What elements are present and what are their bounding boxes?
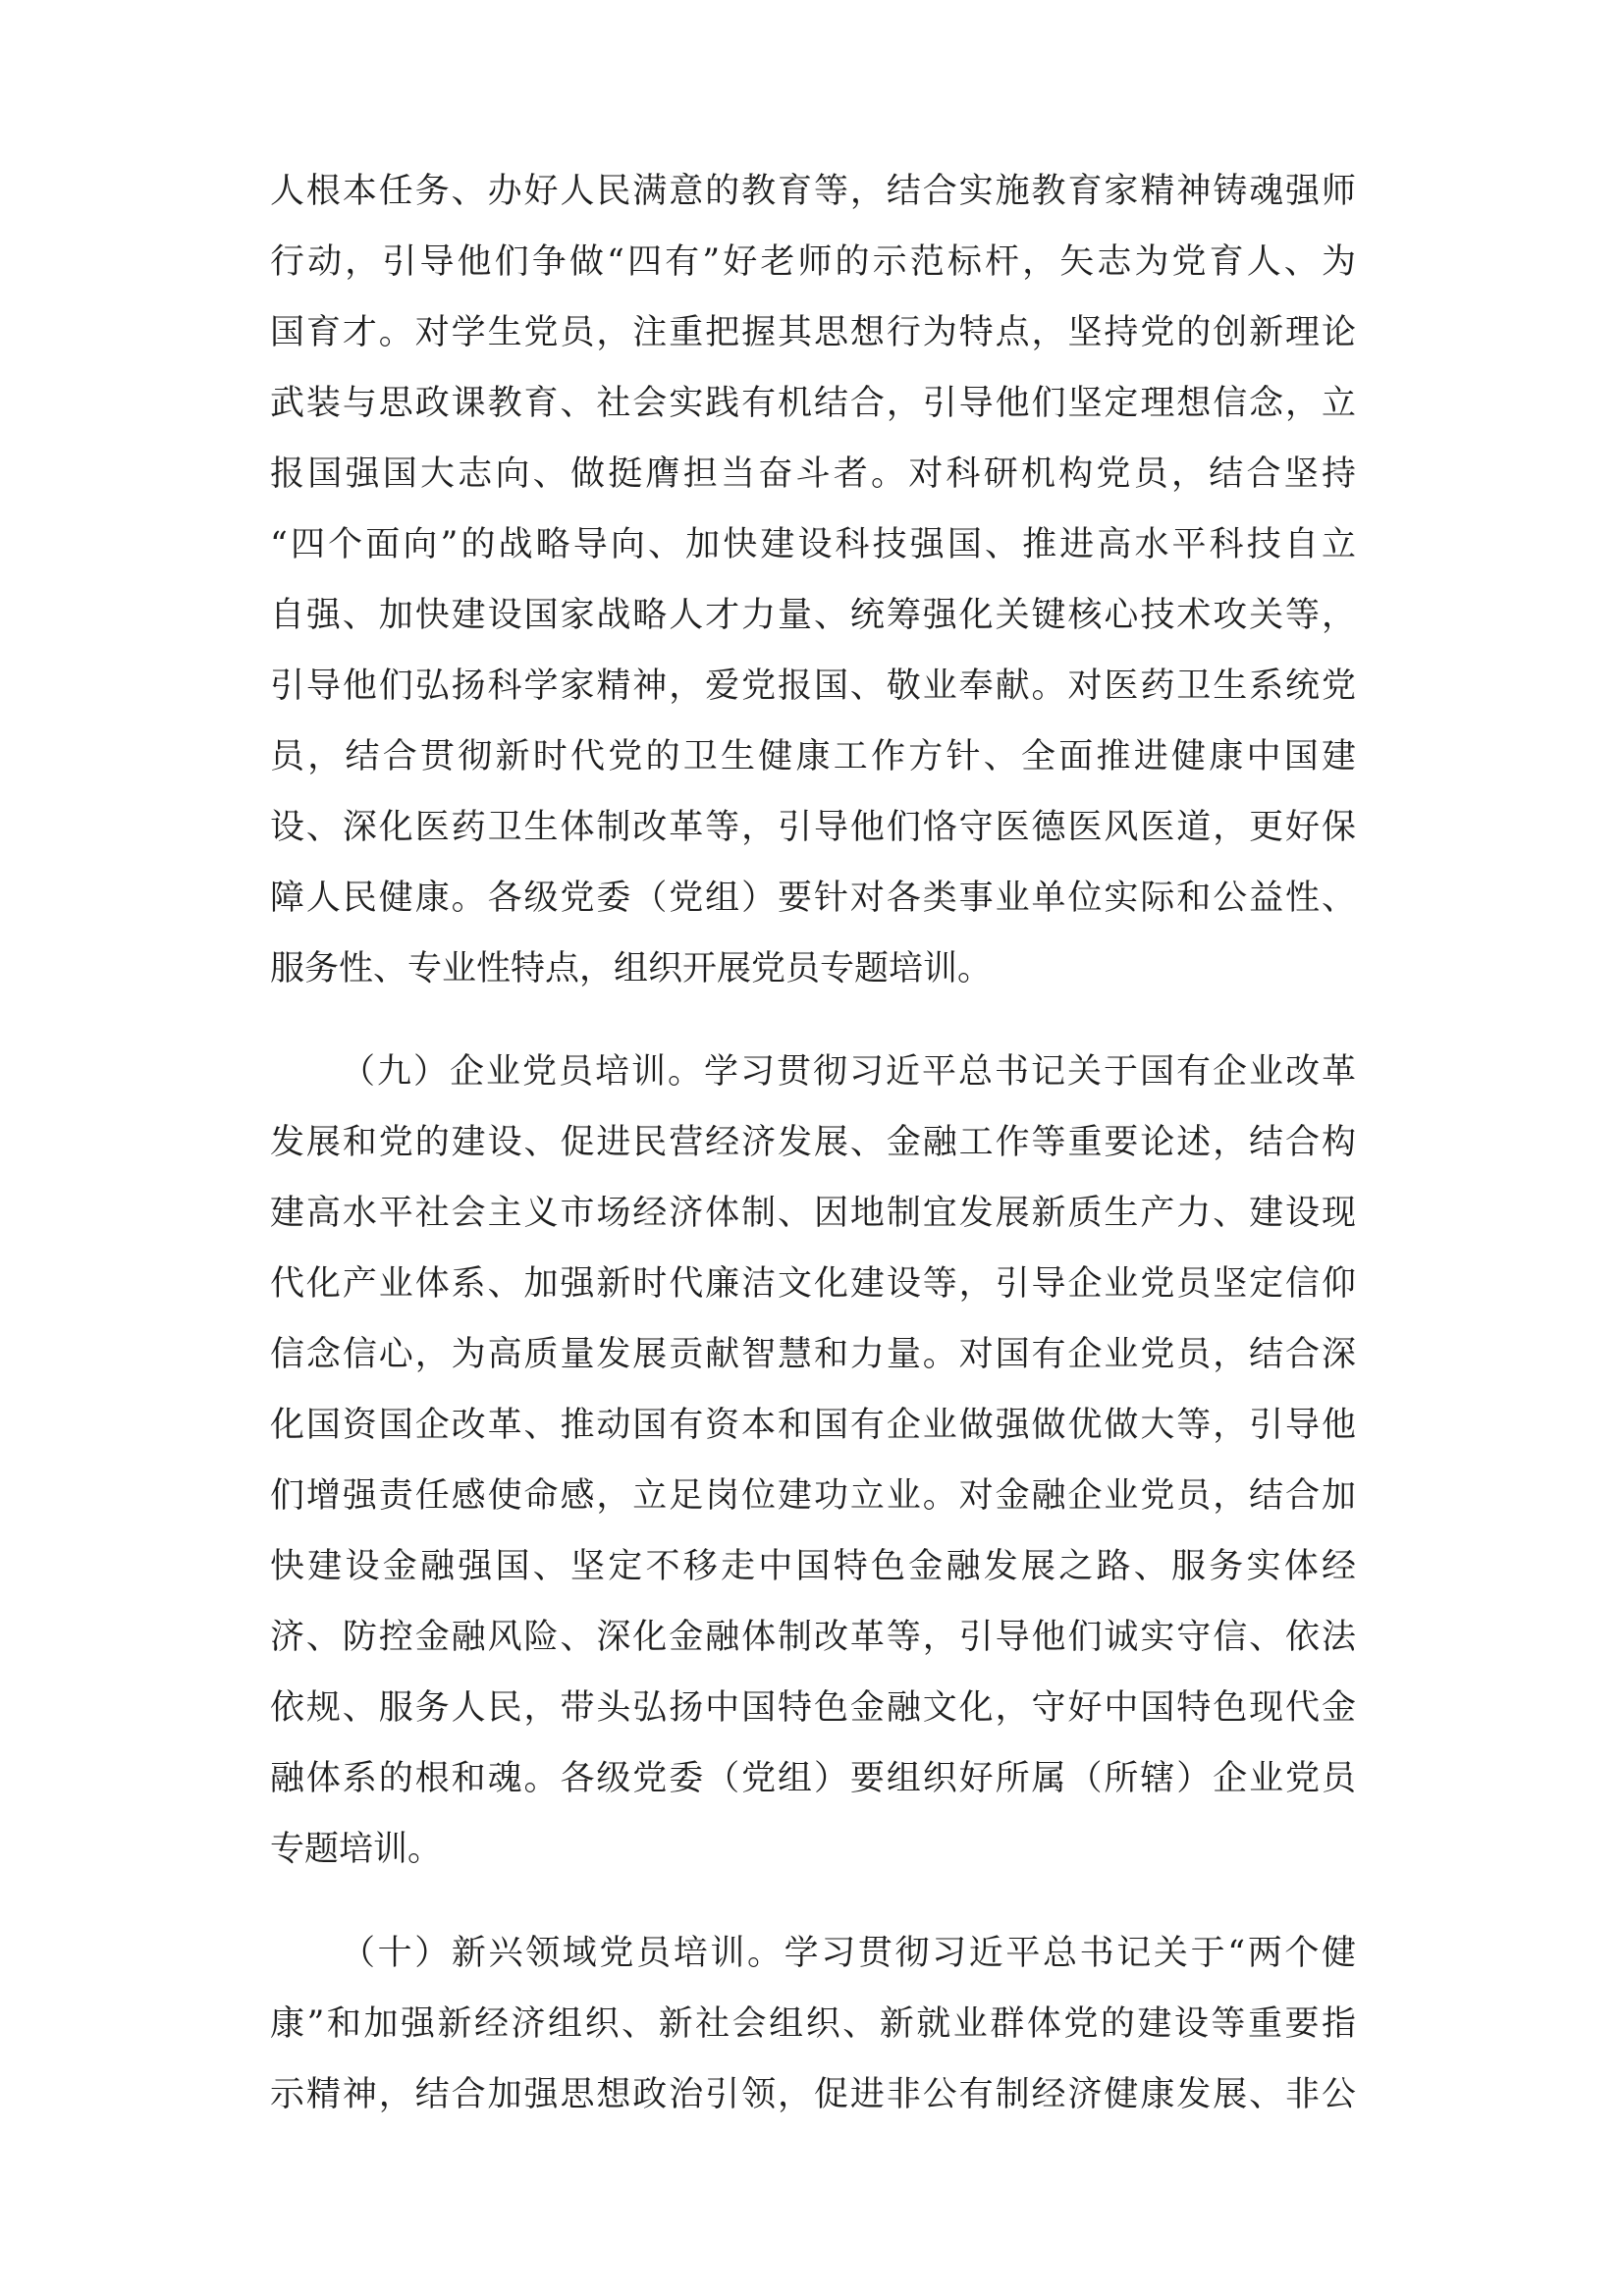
text-line: 员，结合贯彻新时代党的卫生健康工作方针、全面推进健康中国建	[270, 721, 1356, 792]
text-line: 济、防控金融风险、深化金融体制改革等，引导他们诚实守信、依法	[270, 1602, 1356, 1673]
section-heading-line: （九）企业党员培训。学习贯彻习近平总书记关于国有企业改革	[270, 1037, 1356, 1107]
text-line: 引导他们弘扬科学家精神，爱党报国、敬业奉献。对医药卫生系统党	[270, 651, 1356, 721]
paragraph-emerging-sectors-training: （十）新兴领域党员培训。学习贯彻习近平总书记关于“两个健 康”和加强新经济组织、…	[270, 1918, 1356, 2130]
section-heading-line: （十）新兴领域党员培训。学习贯彻习近平总书记关于“两个健	[270, 1918, 1356, 1989]
text-line: 国育才。对学生党员，注重把握其思想行为特点，坚持党的创新理论	[270, 297, 1356, 368]
text-line: 化国资国企改革、推动国有资本和国有企业做强做优做大等，引导他	[270, 1390, 1356, 1461]
text-line: 们增强责任感使命感，立足岗位建功立业。对金融企业党员，结合加	[270, 1461, 1356, 1531]
text-line: 设、深化医药卫生体制改革等，引导他们恪守医德医风医道，更好保	[270, 792, 1356, 863]
text-line: “四个面向”的战略导向、加快建设科技强国、推进高水平科技自立	[270, 509, 1356, 580]
text-line: 发展和党的建设、促进民营经济发展、金融工作等重要论述，结合构	[270, 1107, 1356, 1178]
text-line: 报国强国大志向、做挺膺担当奋斗者。对科研机构党员，结合坚持	[270, 439, 1356, 509]
text-line: 服务性、专业性特点，组织开展党员专题培训。	[270, 934, 1356, 1004]
text-line: 行动，引导他们争做“四有”好老师的示范标杆，矢志为党育人、为	[270, 227, 1356, 297]
text-line: 融体系的根和魂。各级党委（党组）要组织好所属（所辖）企业党员	[270, 1743, 1356, 1814]
paragraph-continued: 人根本任务、办好人民满意的教育等，结合实施教育家精神铸魂强师 行动，引导他们争做…	[270, 156, 1356, 1004]
text-line: 示精神，结合加强思想政治引领，促进非公有制经济健康发展、非公	[270, 2059, 1356, 2130]
text-line: 信念信心，为高质量发展贡献智慧和力量。对国有企业党员，结合深	[270, 1319, 1356, 1390]
paragraph-enterprise-training: （九）企业党员培训。学习贯彻习近平总书记关于国有企业改革 发展和党的建设、促进民…	[270, 1037, 1356, 1885]
text-line: 专题培训。	[270, 1814, 1356, 1885]
text-line: 依规、服务人民，带头弘扬中国特色金融文化，守好中国特色现代金	[270, 1673, 1356, 1743]
text-line: 康”和加强新经济组织、新社会组织、新就业群体党的建设等重要指	[270, 1989, 1356, 2059]
text-line: 障人民健康。各级党委（党组）要针对各类事业单位实际和公益性、	[270, 863, 1356, 934]
text-line: 建高水平社会主义市场经济体制、因地制宜发展新质生产力、建设现	[270, 1178, 1356, 1249]
text-line: 人根本任务、办好人民满意的教育等，结合实施教育家精神铸魂强师	[270, 156, 1356, 227]
text-line: 武装与思政课教育、社会实践有机结合，引导他们坚定理想信念，立	[270, 368, 1356, 439]
document-page: 人根本任务、办好人民满意的教育等，结合实施教育家精神铸魂强师 行动，引导他们争做…	[0, 0, 1623, 2296]
text-line: 代化产业体系、加强新时代廉洁文化建设等，引导企业党员坚定信仰	[270, 1249, 1356, 1319]
text-line: 自强、加快建设国家战略人才力量、统筹强化关键核心技术攻关等，	[270, 580, 1356, 651]
text-line: 快建设金融强国、坚定不移走中国特色金融发展之路、服务实体经	[270, 1531, 1356, 1602]
